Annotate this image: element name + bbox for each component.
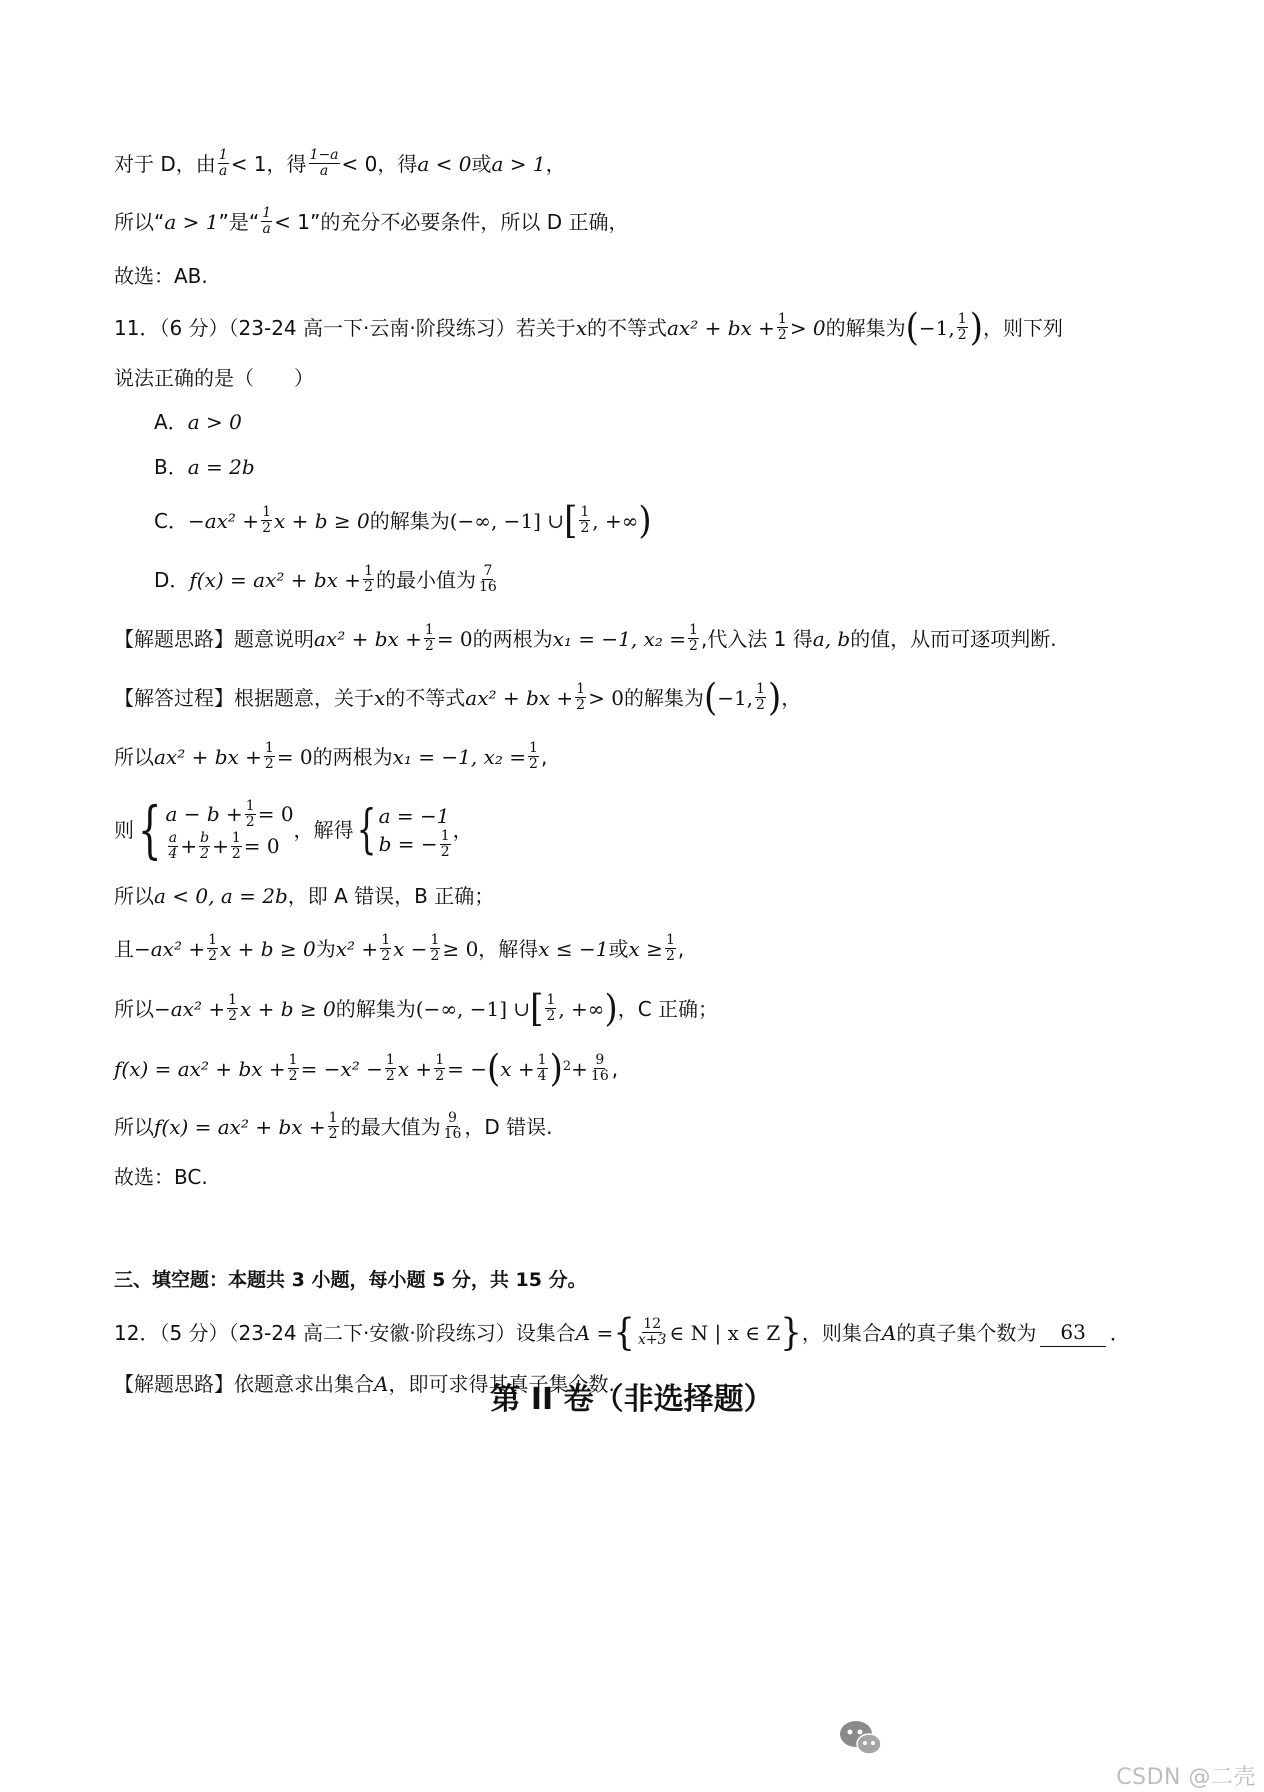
math-expr: x ≤ −1 <box>538 935 608 963</box>
option-label: A． <box>154 408 188 436</box>
math-var: A <box>374 1370 388 1398</box>
system-solution: a = −1 b = − 12 <box>379 803 453 857</box>
text: 的真子集个数为 <box>896 1319 1036 1347</box>
brace-open: { <box>613 1317 635 1348</box>
option-a: A． a > 0 <box>154 408 242 436</box>
paren-open: ( <box>704 682 717 713</box>
fraction: 12 <box>957 312 968 343</box>
paren-close: ) <box>638 505 651 536</box>
text: 所以 <box>114 743 154 771</box>
text: 对于 D，由 <box>114 150 216 178</box>
fraction: 12 <box>688 623 699 654</box>
q11-process-line8: 所以 f(x) = ax² + bx + 12 的最大值为 916 ，D 错误. <box>114 1111 553 1142</box>
fraction: 1−aa <box>309 148 340 179</box>
equation-2: a4 + b2 + 12 = 0 <box>165 831 293 861</box>
q11-process-line5: 且 −ax² + 12 x + b ≥ 0 为 x² + 12 x − 12 ≥… <box>114 933 684 964</box>
math-expr: −ax² + <box>154 995 225 1023</box>
text: 的不等式 <box>385 684 465 712</box>
q11-process-line4: 所以 a < 0, a = 2b ，即 A 错误，B 正确； <box>114 882 494 910</box>
option-label: D． <box>154 566 189 594</box>
text: ，则集合 <box>802 1319 882 1347</box>
option-text: a = 2b <box>188 453 255 481</box>
option-text: a > 0 <box>188 408 242 436</box>
q10-d-conclusion-line: 所以“ a > 1 ”是“ 1a < 1”的充分不必要条件，所以 D 正确， <box>114 206 628 237</box>
fraction: 12 <box>328 1111 339 1142</box>
q11-process-line2: 所以 ax² + bx + 12 = 0 的两根为 x₁ = −1, x₂ = … <box>114 741 547 772</box>
wechat-icon <box>838 1718 884 1758</box>
math-var: x <box>576 314 587 342</box>
math-expr: f(x) = ax² + bx + <box>114 1055 286 1083</box>
text: , <box>678 935 684 963</box>
fraction: 12 <box>545 993 556 1024</box>
solution-a: a = −1 <box>379 803 453 829</box>
text: ,代入法 1 得 <box>701 625 813 653</box>
fraction: 12 <box>755 682 766 713</box>
fraction: 1a <box>261 206 272 237</box>
text: ， <box>781 684 801 712</box>
math-expr: + <box>571 1055 588 1083</box>
math-expr: = −x² − <box>301 1055 383 1083</box>
text: 所以 <box>114 995 154 1023</box>
q11-hint: 【解题思路】 题意说明 ax² + bx + 12 = 0 的两根为 x₁ = … <box>114 623 1057 654</box>
math-expr: x + <box>398 1055 432 1083</box>
section-label: 【解题思路】 <box>114 1370 234 1398</box>
fraction: 12 <box>264 741 275 772</box>
math-expr: a = −1 <box>379 802 450 830</box>
paren-close: ) <box>768 682 781 713</box>
bracket-open: [ <box>564 505 577 536</box>
text: ，即 A 错误，B 正确； <box>288 882 494 910</box>
math-expr: −ax² + <box>188 507 259 535</box>
fraction: 12 <box>777 312 788 343</box>
text: 所以 <box>114 882 154 910</box>
fraction: 12 <box>245 799 256 830</box>
section-label: 【解题思路】 <box>114 625 234 653</box>
q10-d-analysis-line: 对于 D，由 1a < 1，得 1−aa < 0，得 a < 0 或 a > 1… <box>114 148 566 179</box>
left-brace: { <box>134 799 165 861</box>
math-expr: = 0 <box>244 832 280 860</box>
text: , <box>541 743 547 771</box>
q11-answer: 故选：BC. <box>114 1163 208 1191</box>
fraction: 12 <box>665 933 676 964</box>
option-d: D． f(x) = ax² + bx + 12 的最小值为 716 <box>154 564 500 595</box>
q12-question: 12．（5 分）（23-24 高二下·安徽·阶段练习）设集合 A = { 12x… <box>114 1317 1130 1348</box>
math-expr: −1, <box>717 684 753 712</box>
text: 的值，从而可逐项判断. <box>850 625 1056 653</box>
fraction: b2 <box>199 831 210 862</box>
text: 根据题意，关于 <box>234 684 374 712</box>
solution-b: b = − 12 <box>379 831 453 857</box>
text: 为 <box>316 935 336 963</box>
math-expr: ax² + bx + <box>314 625 422 653</box>
text: 的最大值为 <box>341 1113 441 1141</box>
fraction: 12 <box>363 564 374 595</box>
question-number-source: 12．（5 分）（23-24 高二下·安徽·阶段练习）设集合 <box>114 1319 576 1347</box>
fraction: 12x+3 <box>637 1317 668 1348</box>
fraction: 12 <box>207 933 218 964</box>
option-b: B． a = 2b <box>154 453 255 481</box>
text: ，即可求得其真子集个数. <box>388 1370 614 1398</box>
math-expr: = 0 <box>258 800 294 828</box>
math-expr: x + b ≥ 0 <box>240 995 336 1023</box>
text: ，则下列 <box>983 314 1063 342</box>
text: 的不等式 <box>587 314 667 342</box>
math-expr: A = <box>576 1319 614 1347</box>
text: 的两根为 <box>473 625 553 653</box>
math-expr: a, b <box>813 625 850 653</box>
text: 的解集为 <box>370 507 450 535</box>
bracket-open: [ <box>530 993 543 1024</box>
math-expr: ax² + bx + <box>465 684 573 712</box>
exponent: 2 <box>563 1053 571 1081</box>
math-expr: x − <box>393 935 427 963</box>
paren-close: ) <box>970 312 983 343</box>
paren-open: ( <box>487 1053 500 1084</box>
fraction: 12 <box>430 933 441 964</box>
q12-hint: 【解题思路】 依题意求出集合 A ，即可求得其真子集个数. <box>114 1370 615 1398</box>
option-c: C． −ax² + 12 x + b ≥ 0 的解集为 (−∞, −1] ∪ [… <box>154 505 652 536</box>
q11-process-line1: 【解答过程】 根据题意，关于 x 的不等式 ax² + bx + 12 > 0 … <box>114 682 801 713</box>
math-expr: (−∞, −1] ∪ <box>416 995 530 1023</box>
text: ， <box>546 150 566 178</box>
text: 或 <box>609 935 629 963</box>
q11-process-line6: 所以 −ax² + 12 x + b ≥ 0 的解集为 (−∞, −1] ∪ [… <box>114 993 718 1024</box>
math-expr: (−∞, −1] ∪ <box>450 507 564 535</box>
fraction: 12 <box>424 623 435 654</box>
fraction: 12 <box>288 1053 299 1084</box>
fraction: 12 <box>380 933 391 964</box>
q11-question-line2: 说法正确的是（ ） <box>114 364 314 392</box>
paren-open: ( <box>906 312 919 343</box>
math-var: A <box>882 1319 896 1347</box>
text: ． <box>1110 1319 1130 1347</box>
plus: + <box>180 832 197 860</box>
math-expr: f(x) = ax² + bx + <box>154 1113 326 1141</box>
math-expr: ≥ 0 <box>442 935 478 963</box>
csdn-watermark: CSDN @二壳 <box>1116 1760 1256 1791</box>
equation-1: a − b + 12 = 0 <box>165 799 293 829</box>
math-expr: > 0 <box>588 684 624 712</box>
fraction: 12 <box>440 829 451 860</box>
text: < 1，得 <box>231 150 307 178</box>
paren-close: ) <box>550 1053 563 1084</box>
left-brace: { <box>354 799 379 861</box>
math-expr: −1, <box>919 314 955 342</box>
math-expr: = 0 <box>437 625 473 653</box>
math-expr: f(x) = ax² + bx + <box>189 566 361 594</box>
math-expr: x + <box>500 1055 534 1083</box>
fraction: 716 <box>478 564 498 595</box>
text: 或 <box>471 150 491 178</box>
math-expr: ax² + bx + <box>154 743 262 771</box>
text: ，解得 <box>294 816 354 844</box>
math-expr: a < 0 <box>417 150 471 178</box>
fraction: 12 <box>227 993 238 1024</box>
text: 所以 <box>114 1113 154 1141</box>
math-expr: = 0 <box>277 743 313 771</box>
text: 的最小值为 <box>376 566 476 594</box>
system-equations: a − b + 12 = 0 a4 + b2 + 12 = 0 <box>165 799 293 861</box>
text: 的解集为 <box>826 314 906 342</box>
text: 且 <box>114 935 134 963</box>
fraction: 916 <box>590 1053 610 1084</box>
q11-equation-system: 则 { a − b + 12 = 0 a4 + b2 + 12 = 0 ，解得 … <box>114 795 473 865</box>
q11-process-line7: f(x) = ax² + bx + 12 = −x² − 12 x + 12 =… <box>114 1053 618 1084</box>
text: < 1”的充分不必要条件，所以 D 正确， <box>274 208 628 236</box>
section-heading: 三、填空题：本题共 3 小题，每小题 5 分，共 15 分。 <box>114 1266 587 1294</box>
question-number-source: 11．（6 分）（23-24 高一下·云南·阶段练习）若关于 <box>114 314 576 342</box>
text: ， <box>453 816 473 844</box>
fraction: 12 <box>579 505 590 536</box>
fraction: 12 <box>385 1053 396 1084</box>
fraction: 12 <box>575 682 586 713</box>
answer-blank: 63 <box>1040 1318 1105 1347</box>
math-expr: b = − <box>379 830 438 858</box>
math-expr: a < 0, a = 2b <box>154 882 288 910</box>
math-expr: = − <box>447 1055 487 1083</box>
fraction: 14 <box>537 1053 548 1084</box>
math-expr: −ax² + <box>134 935 205 963</box>
math-expr: > 0 <box>790 314 826 342</box>
fraction: a4 <box>167 831 178 862</box>
q10-answer: 故选：AB. <box>114 262 208 290</box>
text: ”是“ <box>219 208 260 236</box>
text: ，解得 <box>478 935 538 963</box>
text: ，D 错误. <box>464 1113 552 1141</box>
math-expr: , +∞ <box>558 995 604 1023</box>
math-expr: , +∞ <box>592 507 638 535</box>
fraction: 12 <box>434 1053 445 1084</box>
fraction: 12 <box>528 741 539 772</box>
section-label: 【解答过程】 <box>114 684 234 712</box>
fraction: 12 <box>231 831 242 862</box>
fraction: 1a <box>218 148 229 179</box>
math-expr: x² + <box>336 935 378 963</box>
text: ，C 正确； <box>618 995 718 1023</box>
math-expr: x ≥ <box>629 935 663 963</box>
document-page: 对于 D，由 1a < 1，得 1−aa < 0，得 a < 0 或 a > 1… <box>0 0 1264 1792</box>
math-var: x <box>374 684 385 712</box>
math-expr: a > 1 <box>164 208 218 236</box>
text: 依题意求出集合 <box>234 1370 374 1398</box>
math-expr: a > 1 <box>491 150 545 178</box>
brace-close: } <box>780 1317 802 1348</box>
math-expr: x₁ = −1, x₂ = <box>553 625 686 653</box>
text: 所以“ <box>114 208 164 236</box>
math-expr: ∈ N | x ∈ Z <box>669 1319 780 1347</box>
text: 的解集为 <box>624 684 704 712</box>
text: 则 <box>114 816 134 844</box>
plus: + <box>212 832 229 860</box>
fraction: 916 <box>443 1111 463 1142</box>
math-expr: x + b ≥ 0 <box>220 935 316 963</box>
text: , <box>612 1055 618 1083</box>
q11-question: 11．（6 分）（23-24 高一下·云南·阶段练习）若关于 x 的不等式 ax… <box>114 312 1063 343</box>
text: 题意说明 <box>234 625 314 653</box>
text: 的解集为 <box>336 995 416 1023</box>
text: < 0，得 <box>342 150 418 178</box>
math-expr: ax² + bx + <box>667 314 775 342</box>
option-label: C． <box>154 507 188 535</box>
paren-close: ) <box>604 993 617 1024</box>
text: 的两根为 <box>313 743 393 771</box>
math-expr: x₁ = −1, x₂ = <box>393 743 526 771</box>
math-expr: x + b ≥ 0 <box>274 507 370 535</box>
fraction: 12 <box>261 505 272 536</box>
math-expr: a − b + <box>165 800 242 828</box>
option-label: B． <box>154 453 188 481</box>
